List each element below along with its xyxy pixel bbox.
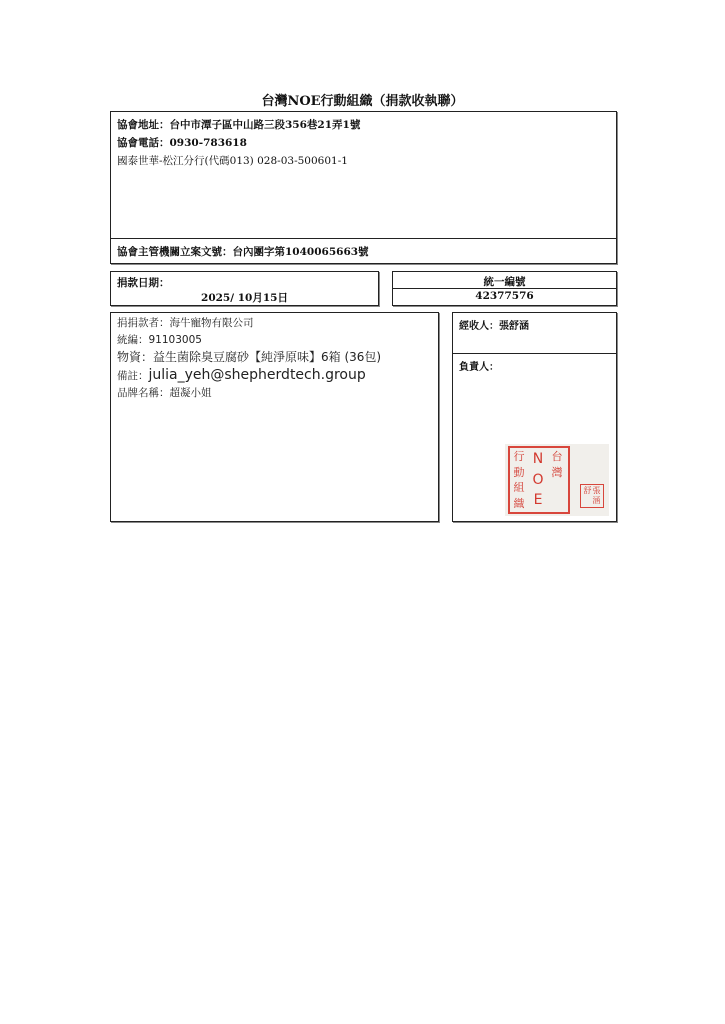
signature-box: 經收人：張舒涵 負責人： 台 灣 N O E 行 動 組 織 張涵 舒 [452,312,617,522]
donation-date-label: 捐款日期： [117,275,170,290]
association-address: 協會地址：台中市潭子區中山路三段356巷21弄1號 [117,116,360,134]
association-info-box: 協會地址：台中市潭子區中山路三段356巷21弄1號 協會電話：0930-7836… [110,111,617,264]
official-seal-stamp: 台 灣 N O E 行 動 組 織 張涵 舒 [505,444,609,516]
seal-col-right: 台 灣 [550,449,564,480]
note-label: 備註： [117,370,149,382]
organization-seal-icon: 台 灣 N O E 行 動 組 織 [508,446,570,514]
tax-id-box: 統一編號 42377576 [392,271,617,306]
brand-name: 品牌名稱：超凝小姐 [117,385,381,402]
tax-id-label: 統一編號 [393,274,616,289]
donated-goods: 物資：益生菌除臭豆腐砂【純淨原味】6箱 (36包) [117,349,381,366]
registration-row: 協會主管機關立案文號：台內團字第1040065663號 [111,238,616,263]
responsible-label: 負責人： [459,358,499,373]
bank-account: 國泰世華-松江分行(代碼013) 028-03-500601-1 [117,152,360,170]
donor-name: 捐捐款者：海牛寵物有限公司 [117,315,381,332]
donation-date-box: 捐款日期： 2025/ 10月15日 [110,271,379,306]
receiver-row: 經收人：張舒涵 [453,313,616,354]
personal-seal-icon: 張涵 舒 [580,484,604,508]
donor-details-box: 捐捐款者：海牛寵物有限公司 統編：91103005 物資：益生菌除臭豆腐砂【純淨… [110,312,439,522]
document-title: 台灣NOE行動組織（捐款收執聯） [0,90,725,109]
note-value: julia_yeh@shepherdtech.group [149,367,366,383]
registration-number: 協會主管機關立案文號：台內團字第1040065663號 [117,244,369,259]
donor-tax-number: 統編：91103005 [117,332,381,349]
seal-col-mid: N O E [530,449,546,511]
donation-date-value: 2025/ 10月15日 [111,290,378,305]
association-phone: 協會電話：0930-783618 [117,134,360,152]
tax-id-value: 42377576 [393,290,616,302]
donor-note: 備註：julia_yeh@shepherdtech.group [117,366,381,385]
receiver-label: 經收人：張舒涵 [459,317,529,332]
seal-col-left: 行 動 組 織 [512,449,526,511]
